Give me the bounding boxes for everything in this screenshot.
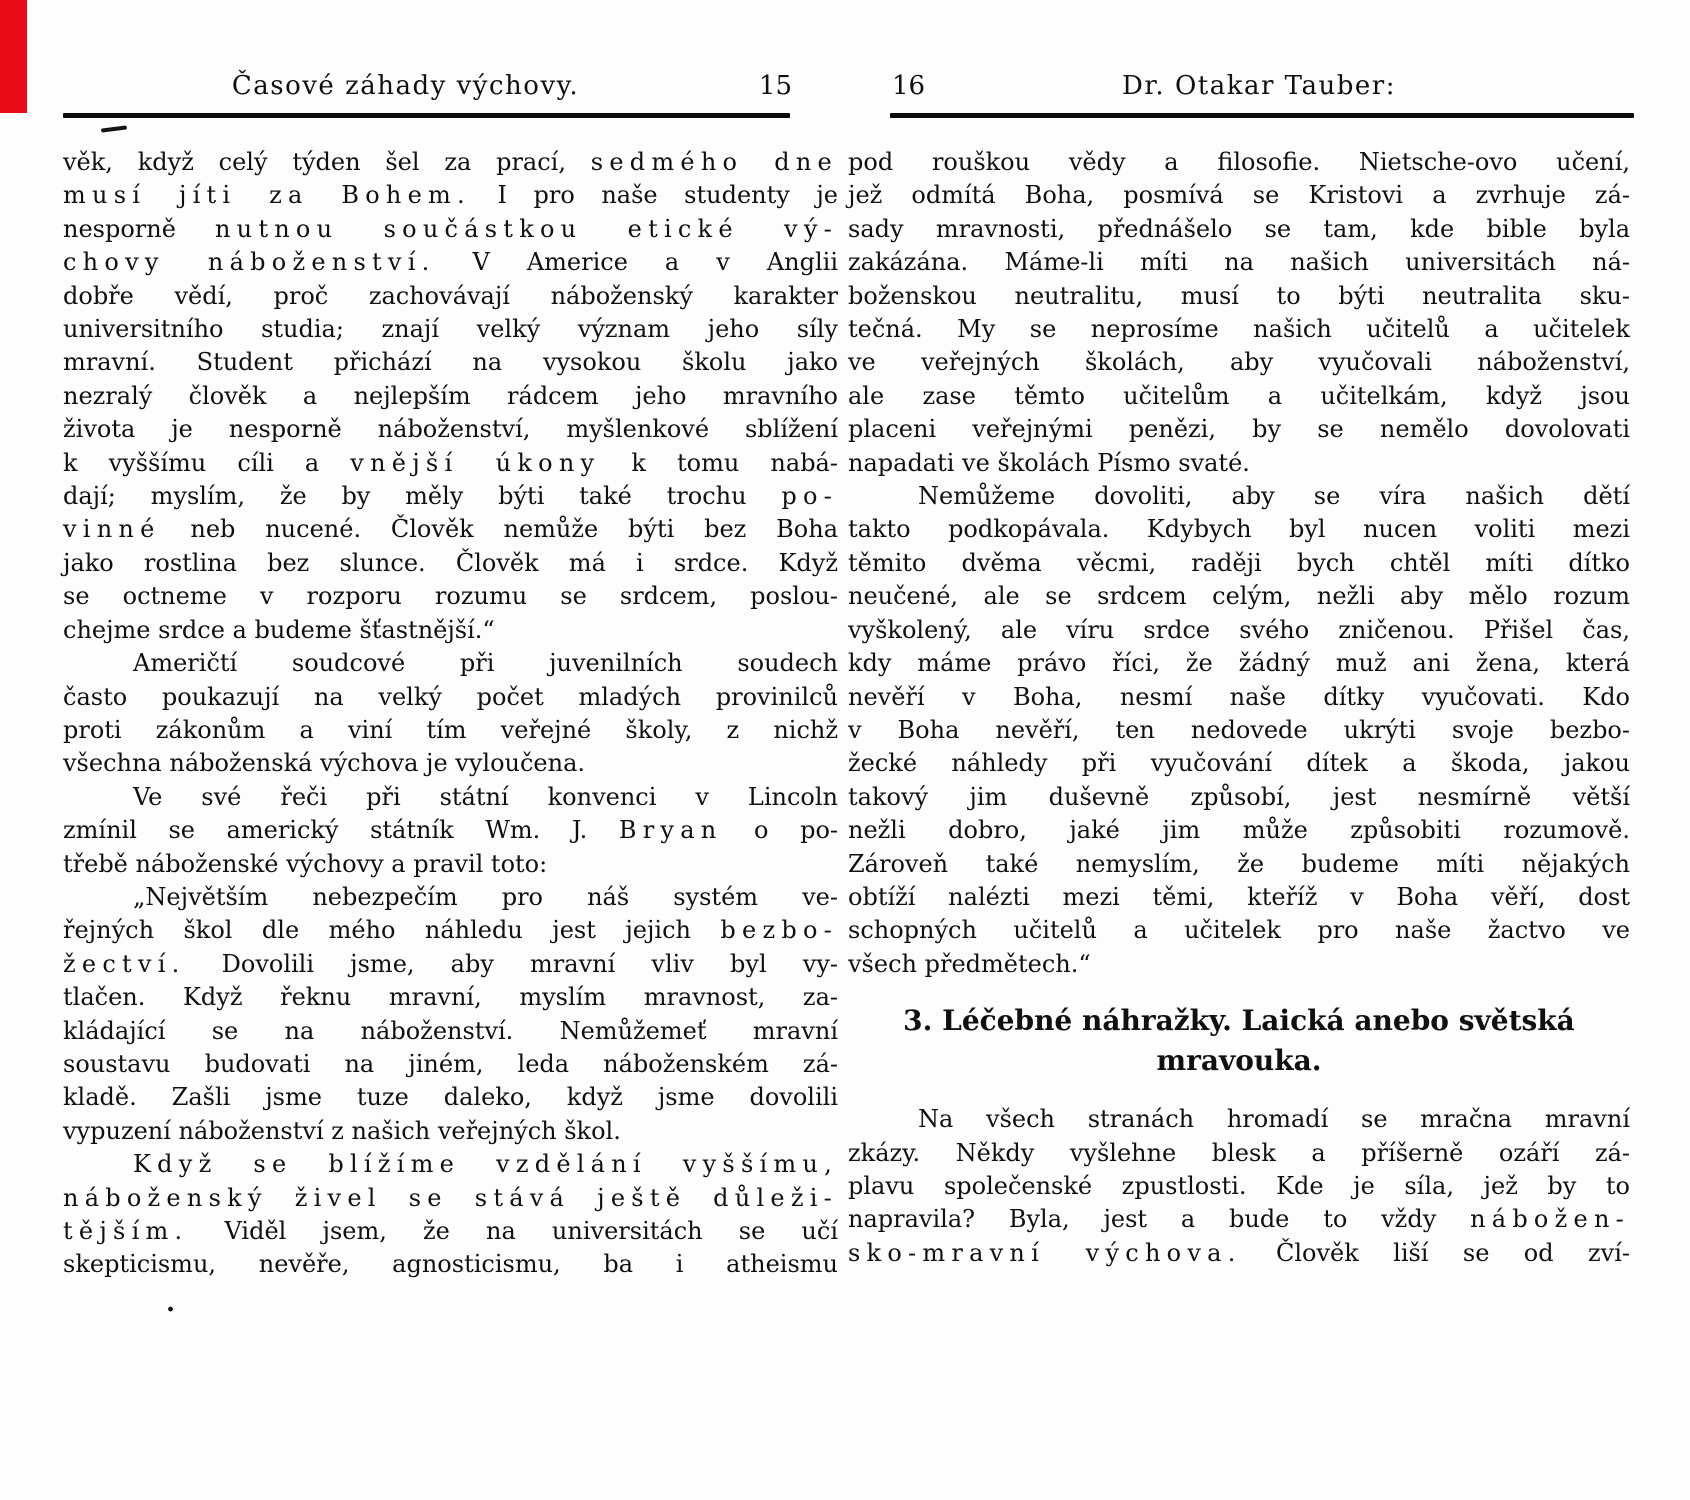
- body-text: kdy máme právo říci, že žádný muž ani že…: [848, 649, 1630, 677]
- text-line: řejných škol dle mého náhledu jest jejic…: [63, 914, 838, 947]
- text-line: mravní. Student přichází na vysokou škol…: [63, 346, 838, 379]
- paragraph: Když se blížíme vzdělání vyššímu,nábožen…: [63, 1148, 838, 1282]
- body-text: „Největším nebezpečím pro náš systém ve-: [133, 883, 838, 911]
- text-line: Američtí soudcové při juvenilních soudec…: [63, 647, 838, 680]
- text-line: tějším. Viděl jsem, že na universitách s…: [63, 1215, 838, 1248]
- emphasized-text: sko-mravní výchova.: [848, 1239, 1242, 1267]
- body-text: k vyššímu cíli a: [63, 449, 350, 477]
- emphasized-text: po-: [781, 482, 838, 510]
- text-line: placeni veřejnými penězi, by se nemělo d…: [848, 413, 1630, 446]
- emphasized-text: nutnou součástkou etické vý-: [215, 215, 838, 243]
- text-line: ve veřejných školách, aby vyučovali nábo…: [848, 346, 1630, 379]
- body-text: Ve své řeči při státní konvenci v Lincol…: [133, 783, 838, 811]
- text-line: jež odmítá Boha, posmívá se Kristovi a z…: [848, 179, 1630, 212]
- body-text: soustavu budovati na jiném, leda nábožen…: [63, 1050, 838, 1078]
- text-line: universitního studia; znají velký význam…: [63, 313, 838, 346]
- body-text: vyškolený, ale víru srdce svého zničenou…: [848, 616, 1630, 644]
- body-text: zakázána. Máme-li míti na našich univers…: [848, 248, 1630, 276]
- body-text: pod rouškou vědy a filosofie. Nietsche-o…: [848, 148, 1630, 176]
- body-text: Dovolili jsme, aby mravní vliv byl vy-: [185, 950, 838, 978]
- body-text: života je nesporně náboženství, myšlenko…: [63, 415, 838, 443]
- text-line: soustavu budovati na jiném, leda nábožen…: [63, 1048, 838, 1081]
- text-line: plavu společenské zpustlosti. Kde je síl…: [848, 1170, 1630, 1203]
- text-line: zakázána. Máme-li míti na našich univers…: [848, 246, 1630, 279]
- text-line: třebě náboženské výchovy a pravil toto:: [63, 848, 838, 881]
- left-page: Časové záhady výchovy. 15 věk, když celý…: [63, 70, 838, 1282]
- body-text: ale zase těmto učitelům a učitelkám, kdy…: [848, 382, 1630, 410]
- body-text: vypuzení náboženství z našich veřejných …: [63, 1117, 621, 1145]
- page-number: 15: [759, 70, 792, 102]
- paragraph: „Největším nebezpečím pro náš systém ve-…: [63, 881, 838, 1148]
- body-text: sady mravnosti, přednášelo se tam, kde b…: [848, 215, 1630, 243]
- emphasized-text: chovy náboženství.: [63, 248, 436, 276]
- text-line: takový jim duševně způsobí, jest nesmírn…: [848, 781, 1630, 814]
- body-text: všechna náboženská výchova je vyloučena.: [63, 749, 585, 777]
- body-text: zkázy. Někdy vyšlehne blesk a příšerně o…: [848, 1139, 1630, 1167]
- text-line: boženskou neutralitu, musí to býti neutr…: [848, 280, 1630, 313]
- running-title: Časové záhady výchovy.: [18, 70, 793, 102]
- text-line: ale zase těmto učitelům a učitelkám, kdy…: [848, 380, 1630, 413]
- paragraph: Nemůžeme dovoliti, aby se víra našich dě…: [848, 480, 1630, 981]
- text-line: nezralý člověk a nejlepším rádcem jeho m…: [63, 380, 838, 413]
- text-line: sko-mravní výchova. Člověk liší se od zv…: [848, 1237, 1630, 1270]
- emphasized-text: náboženský živel se stává ještě důleži-: [63, 1184, 838, 1212]
- emphasized-text: bezbo-: [720, 916, 838, 944]
- text-line: napadati ve školách Písmo svaté.: [848, 447, 1630, 480]
- stray-dot-artifact: .: [166, 1288, 175, 1318]
- body-text: napadati ve školách Písmo svaté.: [848, 449, 1250, 477]
- text-column: věk, když celý týden šel za prací, sedmé…: [63, 146, 838, 1282]
- text-line: vyškolený, ale víru srdce svého zničenou…: [848, 614, 1630, 647]
- text-line: takto podkopávala. Kdybych byl nucen vol…: [848, 513, 1630, 546]
- text-line: života je nesporně náboženství, myšlenko…: [63, 413, 838, 446]
- body-text: třebě náboženské výchovy a pravil toto:: [63, 850, 547, 878]
- text-line: k vyššímu cíli a vnější úkony k tomu nab…: [63, 447, 838, 480]
- text-line: kládající se na náboženství. Nemůžemeť m…: [63, 1015, 838, 1048]
- body-text: kládající se na náboženství. Nemůžemeť m…: [63, 1017, 838, 1045]
- text-line: Ve své řeči při státní konvenci v Lincol…: [63, 781, 838, 814]
- text-line: musí jíti za Bohem. I pro naše studenty …: [63, 179, 838, 212]
- emphasized-text: musí jíti za Bohem.: [63, 181, 471, 209]
- header-rule: [63, 113, 790, 118]
- emphasized-text: Když se blížíme vzdělání vyššímu,: [133, 1150, 838, 1178]
- paragraph: Američtí soudcové při juvenilních soudec…: [63, 647, 838, 781]
- section-heading: 3. Léčebné náhražky. Laická anebo světsk…: [848, 1001, 1630, 1081]
- text-line: žectví. Dovolili jsme, aby mravní vliv b…: [63, 948, 838, 981]
- text-line: se octneme v rozporu rozumu se srdcem, p…: [63, 580, 838, 613]
- body-text: Nemůžeme dovoliti, aby se víra našich dě…: [918, 482, 1630, 510]
- text-line: chovy náboženství. V Americe a v Anglii: [63, 246, 838, 279]
- text-line: schopných učitelů a učitelek pro naše ža…: [848, 914, 1630, 947]
- paragraph: Ve své řeči při státní konvenci v Lincol…: [63, 781, 838, 881]
- text-line: Zároveň také nemyslím, že budeme míti ně…: [848, 848, 1630, 881]
- body-text: Viděl jsem, že na universitách se učí: [188, 1217, 838, 1245]
- body-text: mravní. Student přichází na vysokou škol…: [63, 348, 838, 376]
- body-text: často poukazují na velký počet mladých p…: [63, 683, 838, 711]
- text-line: zmínil se americký státník Wm. J. Bryan …: [63, 814, 838, 847]
- body-text: ve veřejných školách, aby vyučovali nábo…: [848, 348, 1630, 376]
- text-line: žecké náhledy při vyučování dítek a škod…: [848, 747, 1630, 780]
- body-text: I pro naše studenty je: [471, 181, 838, 209]
- text-line: všechna náboženská výchova je vyloučena.: [63, 747, 838, 780]
- body-text: nesporně: [63, 215, 215, 243]
- body-text: obtíží nalézti mezi těmi, kteříž v Boha …: [848, 883, 1630, 911]
- text-line: často poukazují na velký počet mladých p…: [63, 681, 838, 714]
- text-line: neučené, ale se srdcem celým, nežli aby …: [848, 580, 1630, 613]
- text-line: náboženský živel se stává ještě důleži-: [63, 1182, 838, 1215]
- body-text: universitního studia; znají velký význam…: [63, 315, 838, 343]
- heading-line: 3. Léčebné náhražky. Laická anebo světsk…: [848, 1001, 1630, 1041]
- text-line: nevěří v Boha, nesmí naše dítky vyučovat…: [848, 681, 1630, 714]
- emphasized-text: sedmého dne: [591, 148, 838, 176]
- text-line: těmito dvěma věcmi, raději bych chtěl mí…: [848, 547, 1630, 580]
- body-text: jež odmítá Boha, posmívá se Kristovi a z…: [848, 181, 1630, 209]
- body-text: kladě. Zašli jsme tuze daleko, když jsme…: [63, 1083, 838, 1111]
- emphasized-text: nábožen-: [1470, 1205, 1630, 1233]
- body-text: Na všech stranách hromadí se mračna mrav…: [918, 1105, 1630, 1133]
- ink-smudge-artifact: [101, 125, 127, 132]
- emphasized-text: vnější úkony: [350, 449, 600, 477]
- body-text: k tomu nabá-: [600, 449, 838, 477]
- body-text: chejme srdce a budeme šťastnější.“: [63, 616, 495, 644]
- body-text: tlačen. Když řeknu mravní, myslím mravno…: [63, 983, 838, 1011]
- body-text: V Americe a v Anglii: [436, 248, 839, 276]
- text-line: vinné neb nucené. Člověk nemůže býti bez…: [63, 513, 838, 546]
- text-line: „Největším nebezpečím pro náš systém ve-: [63, 881, 838, 914]
- body-text: v Boha nevěří, ten nedovede ukrýti svoje…: [848, 716, 1630, 744]
- text-line: v Boha nevěří, ten nedovede ukrýti svoje…: [848, 714, 1630, 747]
- text-line: kdy máme právo říci, že žádný muž ani že…: [848, 647, 1630, 680]
- paragraph: Na všech stranách hromadí se mračna mrav…: [848, 1103, 1630, 1270]
- body-text: placeni veřejnými penězi, by se nemělo d…: [848, 415, 1630, 443]
- running-header: 16 Dr. Otakar Tauber:: [848, 70, 1630, 104]
- text-line: skepticismu, nevěře, agnosticismu, ba i …: [63, 1248, 838, 1281]
- text-line: dobře vědí, proč zachovávají náboženský …: [63, 280, 838, 313]
- body-text: plavu společenské zpustlosti. Kde je síl…: [848, 1172, 1630, 1200]
- text-line: nežli dobro, jaké jim může způsobiti roz…: [848, 814, 1630, 847]
- body-text: věk, když celý týden šel za prací,: [63, 148, 591, 176]
- body-text: nežli dobro, jaké jim může způsobiti roz…: [848, 816, 1630, 844]
- body-text: Američtí soudcové při juvenilních soudec…: [133, 649, 838, 677]
- text-line: obtíží nalézti mezi těmi, kteříž v Boha …: [848, 881, 1630, 914]
- body-text: všech předmětech.“: [848, 950, 1091, 978]
- body-text: o po-: [722, 816, 838, 844]
- body-text: Zároveň také nemyslím, že budeme míti ně…: [848, 850, 1630, 878]
- text-line: napravila? Byla, jest a bude to vždy náb…: [848, 1203, 1630, 1236]
- text-line: dají; myslím, že by měly býti také troch…: [63, 480, 838, 513]
- running-title: Dr. Otakar Tauber:: [868, 70, 1650, 102]
- body-text: tečná. My se neprosíme našich učitelů a …: [848, 315, 1630, 343]
- text-line: vypuzení náboženství z našich veřejných …: [63, 1115, 838, 1148]
- body-text: napravila? Byla, jest a bude to vždy: [848, 1205, 1470, 1233]
- body-text: se octneme v rozporu rozumu se srdcem, p…: [63, 582, 838, 610]
- body-text: neučené, ale se srdcem celým, nežli aby …: [848, 582, 1630, 610]
- body-text: takový jim duševně způsobí, jest nesmírn…: [848, 783, 1630, 811]
- text-line: chejme srdce a budeme šťastnější.“: [63, 614, 838, 647]
- text-line: pod rouškou vědy a filosofie. Nietsche-o…: [848, 146, 1630, 179]
- text-line: sady mravnosti, přednášelo se tam, kde b…: [848, 213, 1630, 246]
- text-line: proti zákonům a viní tím veřejné školy, …: [63, 714, 838, 747]
- body-text: takto podkopávala. Kdybych byl nucen vol…: [848, 515, 1630, 543]
- emphasized-text: vinné: [63, 515, 161, 543]
- body-text: neb nucené. Člověk nemůže býti bez Boha: [161, 515, 838, 543]
- paragraph: pod rouškou vědy a filosofie. Nietsche-o…: [848, 146, 1630, 480]
- header-rule: [890, 113, 1634, 118]
- body-text: schopných učitelů a učitelek pro naše ža…: [848, 916, 1630, 944]
- body-text: žecké náhledy při vyučování dítek a škod…: [848, 749, 1630, 777]
- body-text: skepticismu, nevěře, agnosticismu, ba i …: [63, 1250, 838, 1278]
- body-text: Člověk liší se od zví-: [1242, 1239, 1630, 1267]
- heading-line: mravouka.: [848, 1041, 1630, 1081]
- text-line: všech předmětech.“: [848, 948, 1630, 981]
- text-line: Když se blížíme vzdělání vyššímu,: [63, 1148, 838, 1181]
- text-line: kladě. Zašli jsme tuze daleko, když jsme…: [63, 1081, 838, 1114]
- emphasized-text: žectví.: [63, 950, 185, 978]
- body-text: nevěří v Boha, nesmí naše dítky vyučovat…: [848, 683, 1630, 711]
- body-text: boženskou neutralitu, musí to býti neutr…: [848, 282, 1630, 310]
- right-page: 16 Dr. Otakar Tauber: pod rouškou vědy a…: [848, 70, 1630, 1270]
- text-line: tlačen. Když řeknu mravní, myslím mravno…: [63, 981, 838, 1014]
- text-line: Nemůžeme dovoliti, aby se víra našich dě…: [848, 480, 1630, 513]
- text-line: Na všech stranách hromadí se mračna mrav…: [848, 1103, 1630, 1136]
- body-text: těmito dvěma věcmi, raději bych chtěl mí…: [848, 549, 1630, 577]
- text-line: tečná. My se neprosíme našich učitelů a …: [848, 313, 1630, 346]
- body-text: nezralý člověk a nejlepším rádcem jeho m…: [63, 382, 838, 410]
- body-text: řejných škol dle mého náhledu jest jejic…: [63, 916, 720, 944]
- running-header: Časové záhady výchovy. 15: [63, 70, 838, 104]
- text-line: nesporně nutnou součástkou etické vý-: [63, 213, 838, 246]
- text-line: zkázy. Někdy vyšlehne blesk a příšerně o…: [848, 1137, 1630, 1170]
- body-text: dají; myslím, že by měly býti také troch…: [63, 482, 781, 510]
- paragraph: věk, když celý týden šel za prací, sedmé…: [63, 146, 838, 647]
- text-line: jako rostlina bez slunce. Člověk má i sr…: [63, 547, 838, 580]
- body-text: zmínil se americký státník Wm. J.: [63, 816, 619, 844]
- text-column: pod rouškou vědy a filosofie. Nietsche-o…: [848, 146, 1630, 981]
- body-text: dobře vědí, proč zachovávají náboženský …: [63, 282, 838, 310]
- emphasized-text: Bryan: [619, 816, 723, 844]
- text-line: věk, když celý týden šel za prací, sedmé…: [63, 146, 838, 179]
- body-text: proti zákonům a viní tím veřejné školy, …: [63, 716, 838, 744]
- text-column: Na všech stranách hromadí se mračna mrav…: [848, 1103, 1630, 1270]
- emphasized-text: tějším.: [63, 1217, 188, 1245]
- body-text: jako rostlina bez slunce. Člověk má i sr…: [63, 549, 838, 577]
